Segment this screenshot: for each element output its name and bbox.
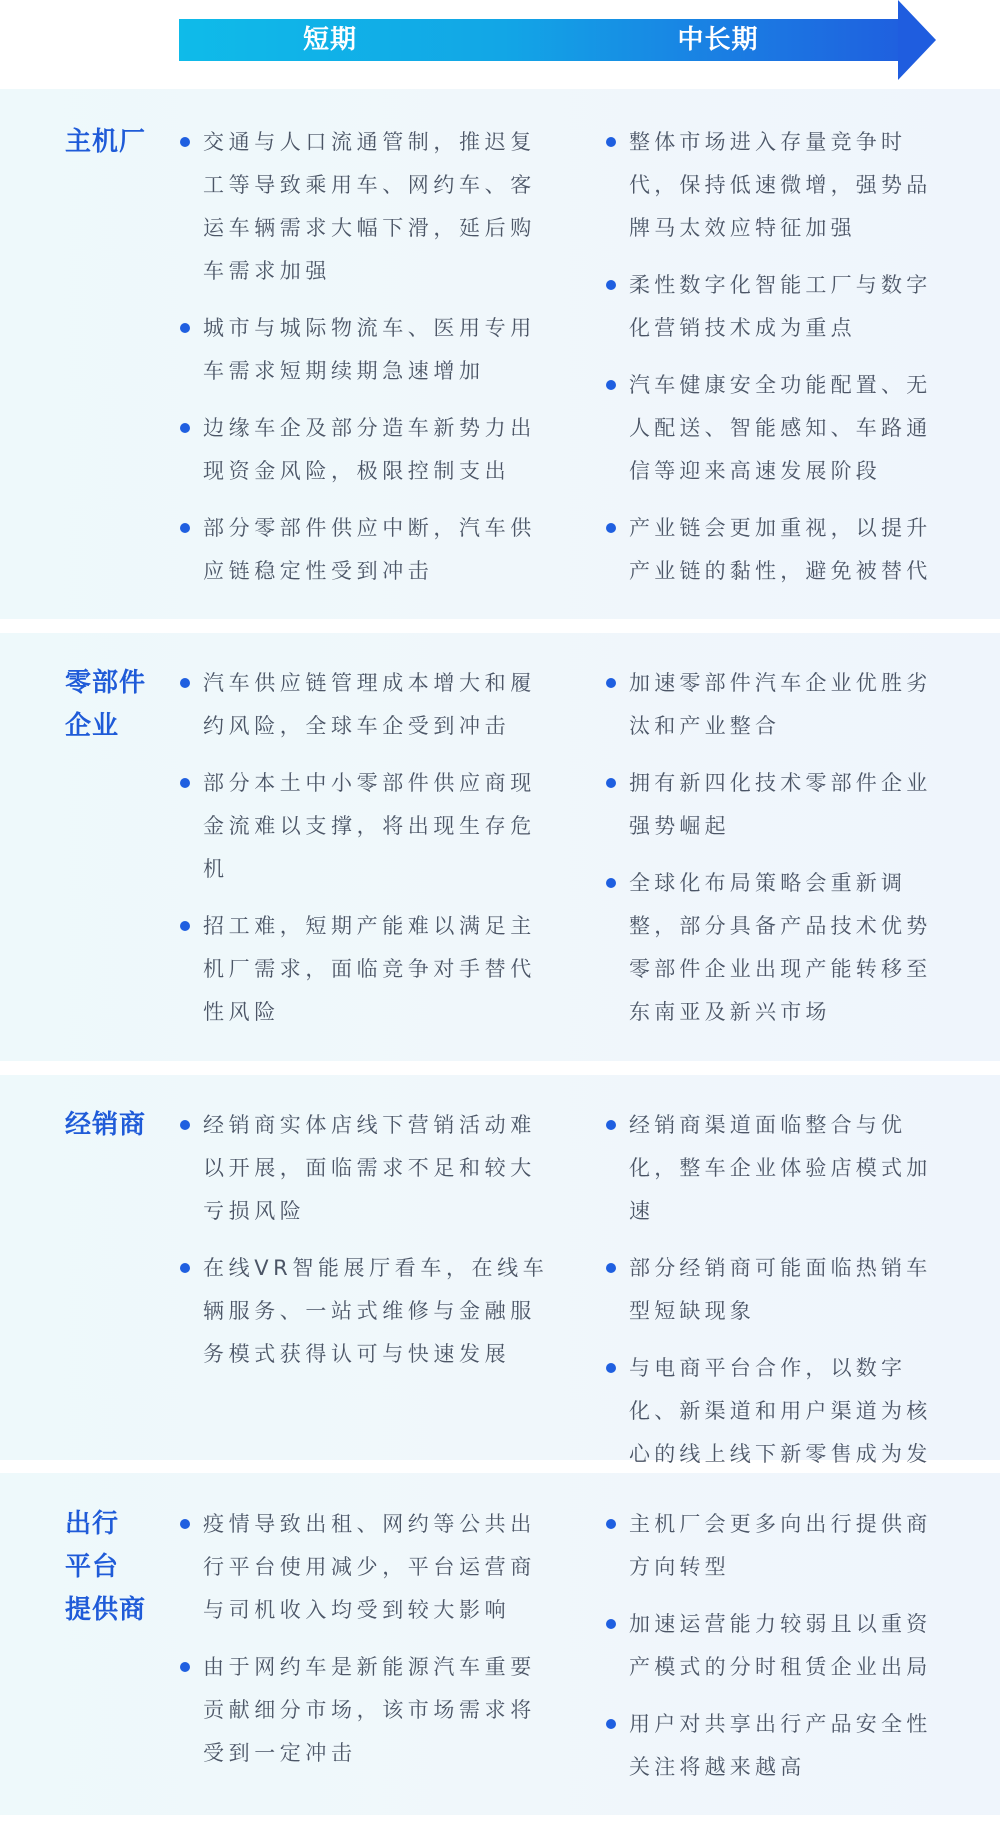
timeline-header: 短期 中长期: [0, 0, 1000, 89]
item-text: 汽车供应链管理成本增大和履约风险，全球车企受到冲击: [203, 671, 536, 738]
item-text: 用户对共享出行产品安全性关注将越来越高: [629, 1712, 931, 1779]
arrow-right-icon: [898, 0, 936, 80]
list-item: 在线VR智能展厅看车，在线车辆服务、一站式维修与金融服务模式获得认可与快速发展: [180, 1247, 560, 1376]
bullet-dot-icon: [180, 1120, 190, 1130]
item-text: 部分本土中小零部件供应商现金流难以支撑，将出现生存危机: [203, 771, 536, 881]
category-label-line: 零部件: [65, 662, 175, 705]
item-text: 整体市场进入存量竞争时代，保持低速微增，强势品牌马太效应特征加强: [629, 130, 931, 240]
list-item: 部分零部件供应中断，汽车供应链稳定性受到冲击: [180, 507, 560, 593]
list-item: 汽车健康安全功能配置、无人配送、智能感知、车路通信等迎来高速发展阶段: [606, 364, 946, 493]
section-mobility-platforms: 出行 平台 提供商 疫情导致出租、网约等公共出行平台使用减少，平台运营商与司机收…: [0, 1473, 1000, 1815]
item-text: 招工难，短期产能难以满足主机厂需求，面临竞争对手替代性风险: [203, 914, 536, 1024]
bullet-dot-icon: [606, 1519, 616, 1529]
item-text: 加速零部件汽车企业优胜劣汰和产业整合: [629, 671, 931, 738]
phase-label-short-term: 短期: [230, 19, 430, 61]
bullet-dot-icon: [606, 678, 616, 688]
bullet-dot-icon: [606, 137, 616, 147]
list-item: 产业链会更加重视，以提升产业链的黏性，避免被替代: [606, 507, 946, 593]
bullet-dot-icon: [180, 523, 190, 533]
phase-label-mid-long-term: 中长期: [618, 19, 818, 61]
bullet-dot-icon: [606, 778, 616, 788]
long-term-column: 加速零部件汽车企业优胜劣汰和产业整合 拥有新四化技术零部件企业强势崛起 全球化布…: [606, 662, 946, 1048]
category-label: 主机厂: [65, 121, 175, 164]
item-text: 交通与人口流通管制，推迟复工等导致乘用车、网约车、客运车辆需求大幅下滑，延后购车…: [203, 130, 536, 283]
bullet-dot-icon: [180, 137, 190, 147]
bullet-dot-icon: [180, 1519, 190, 1529]
list-item: 交通与人口流通管制，推迟复工等导致乘用车、网约车、客运车辆需求大幅下滑，延后购车…: [180, 121, 560, 293]
item-text: 疫情导致出租、网约等公共出行平台使用减少，平台运营商与司机收入均受到较大影响: [203, 1512, 536, 1622]
list-item: 边缘车企及部分造车新势力出现资金风险，极限控制支出: [180, 407, 560, 493]
category-label-line: 经销商: [65, 1104, 175, 1147]
list-item: 疫情导致出租、网约等公共出行平台使用减少，平台运营商与司机收入均受到较大影响: [180, 1503, 560, 1632]
item-text: 部分经销商可能面临热销车型短缺现象: [629, 1256, 931, 1323]
item-text: 产业链会更加重视，以提升产业链的黏性，避免被替代: [629, 516, 931, 583]
short-term-column: 交通与人口流通管制，推迟复工等导致乘用车、网约车、客运车辆需求大幅下滑，延后购车…: [180, 121, 560, 607]
bullet-dot-icon: [606, 380, 616, 390]
item-text: 经销商实体店线下营销活动难以开展，面临需求不足和较大亏损风险: [203, 1113, 536, 1223]
list-item: 招工难，短期产能难以满足主机厂需求，面临竞争对手替代性风险: [180, 905, 560, 1034]
bullet-dot-icon: [180, 921, 190, 931]
short-term-column: 疫情导致出租、网约等公共出行平台使用减少，平台运营商与司机收入均受到较大影响 由…: [180, 1503, 560, 1789]
bullet-dot-icon: [606, 523, 616, 533]
bullet-dot-icon: [606, 878, 616, 888]
list-item: 经销商渠道面临整合与优化，整车企业体验店模式加速: [606, 1104, 946, 1233]
list-item: 部分经销商可能面临热销车型短缺现象: [606, 1247, 946, 1333]
item-text: 部分零部件供应中断，汽车供应链稳定性受到冲击: [203, 516, 536, 583]
item-text: 加速运营能力较弱且以重资产模式的分时租赁企业出局: [629, 1612, 931, 1679]
list-item: 拥有新四化技术零部件企业强势崛起: [606, 762, 946, 848]
item-text: 城市与城际物流车、医用专用车需求短期续期急速增加: [203, 316, 536, 383]
list-item: 由于网约车是新能源汽车重要贡献细分市场，该市场需求将受到一定冲击: [180, 1646, 560, 1775]
short-term-column: 经销商实体店线下营销活动难以开展，面临需求不足和较大亏损风险 在线VR智能展厅看…: [180, 1104, 560, 1390]
item-text: 边缘车企及部分造车新势力出现资金风险，极限控制支出: [203, 416, 536, 483]
bullet-dot-icon: [606, 1719, 616, 1729]
bullet-dot-icon: [180, 1662, 190, 1672]
bullet-dot-icon: [180, 323, 190, 333]
list-item: 汽车供应链管理成本增大和履约风险，全球车企受到冲击: [180, 662, 560, 748]
category-label-line: 平台: [65, 1546, 175, 1589]
bullet-dot-icon: [606, 1619, 616, 1629]
list-item: 加速零部件汽车企业优胜劣汰和产业整合: [606, 662, 946, 748]
bullet-dot-icon: [180, 1263, 190, 1273]
item-text: 拥有新四化技术零部件企业强势崛起: [629, 771, 931, 838]
item-text: 在线VR智能展厅看车，在线车辆服务、一站式维修与金融服务模式获得认可与快速发展: [203, 1256, 548, 1366]
item-text: 汽车健康安全功能配置、无人配送、智能感知、车路通信等迎来高速发展阶段: [629, 373, 931, 483]
list-item: 城市与城际物流车、医用专用车需求短期续期急速增加: [180, 307, 560, 393]
bullet-dot-icon: [606, 1120, 616, 1130]
category-label: 出行 平台 提供商: [65, 1503, 175, 1632]
list-item: 经销商实体店线下营销活动难以开展，面临需求不足和较大亏损风险: [180, 1104, 560, 1233]
list-item: 部分本土中小零部件供应商现金流难以支撑，将出现生存危机: [180, 762, 560, 891]
category-label: 零部件 企业: [65, 662, 175, 748]
list-item: 整体市场进入存量竞争时代，保持低速微增，强势品牌马太效应特征加强: [606, 121, 946, 250]
list-item: 用户对共享出行产品安全性关注将越来越高: [606, 1703, 946, 1789]
category-label-line: 主机厂: [65, 121, 175, 164]
item-text: 柔性数字化智能工厂与数字化营销技术成为重点: [629, 273, 931, 340]
long-term-column: 主机厂会更多向出行提供商方向转型 加速运营能力较弱且以重资产模式的分时租赁企业出…: [606, 1503, 946, 1803]
short-term-column: 汽车供应链管理成本增大和履约风险，全球车企受到冲击 部分本土中小零部件供应商现金…: [180, 662, 560, 1048]
section-parts-suppliers: 零部件 企业 汽车供应链管理成本增大和履约风险，全球车企受到冲击 部分本土中小零…: [0, 633, 1000, 1061]
item-text: 经销商渠道面临整合与优化，整车企业体验店模式加速: [629, 1113, 931, 1223]
category-label: 经销商: [65, 1104, 175, 1147]
list-item: 柔性数字化智能工厂与数字化营销技术成为重点: [606, 264, 946, 350]
section-dealers: 经销商 经销商实体店线下营销活动难以开展，面临需求不足和较大亏损风险 在线VR智…: [0, 1075, 1000, 1460]
bullet-dot-icon: [180, 678, 190, 688]
long-term-column: 经销商渠道面临整合与优化，整车企业体验店模式加速 部分经销商可能面临热销车型短缺…: [606, 1104, 946, 1533]
item-text: 由于网约车是新能源汽车重要贡献细分市场，该市场需求将受到一定冲击: [203, 1655, 536, 1765]
list-item: 加速运营能力较弱且以重资产模式的分时租赁企业出局: [606, 1603, 946, 1689]
item-text: 主机厂会更多向出行提供商方向转型: [629, 1512, 931, 1579]
category-label-line: 企业: [65, 705, 175, 748]
item-text: 全球化布局策略会重新调整，部分具备产品技术优势零部件企业出现产能转移至东南亚及新…: [629, 871, 931, 1024]
list-item: 主机厂会更多向出行提供商方向转型: [606, 1503, 946, 1589]
list-item: 全球化布局策略会重新调整，部分具备产品技术优势零部件企业出现产能转移至东南亚及新…: [606, 862, 946, 1034]
section-oem: 主机厂 交通与人口流通管制，推迟复工等导致乘用车、网约车、客运车辆需求大幅下滑，…: [0, 89, 1000, 619]
category-label-line: 提供商: [65, 1589, 175, 1632]
category-label-line: 出行: [65, 1503, 175, 1546]
bullet-dot-icon: [606, 1263, 616, 1273]
bullet-dot-icon: [606, 1363, 616, 1373]
long-term-column: 整体市场进入存量竞争时代，保持低速微增，强势品牌马太效应特征加强 柔性数字化智能…: [606, 121, 946, 607]
bullet-dot-icon: [180, 423, 190, 433]
bullet-dot-icon: [606, 280, 616, 290]
bullet-dot-icon: [180, 778, 190, 788]
